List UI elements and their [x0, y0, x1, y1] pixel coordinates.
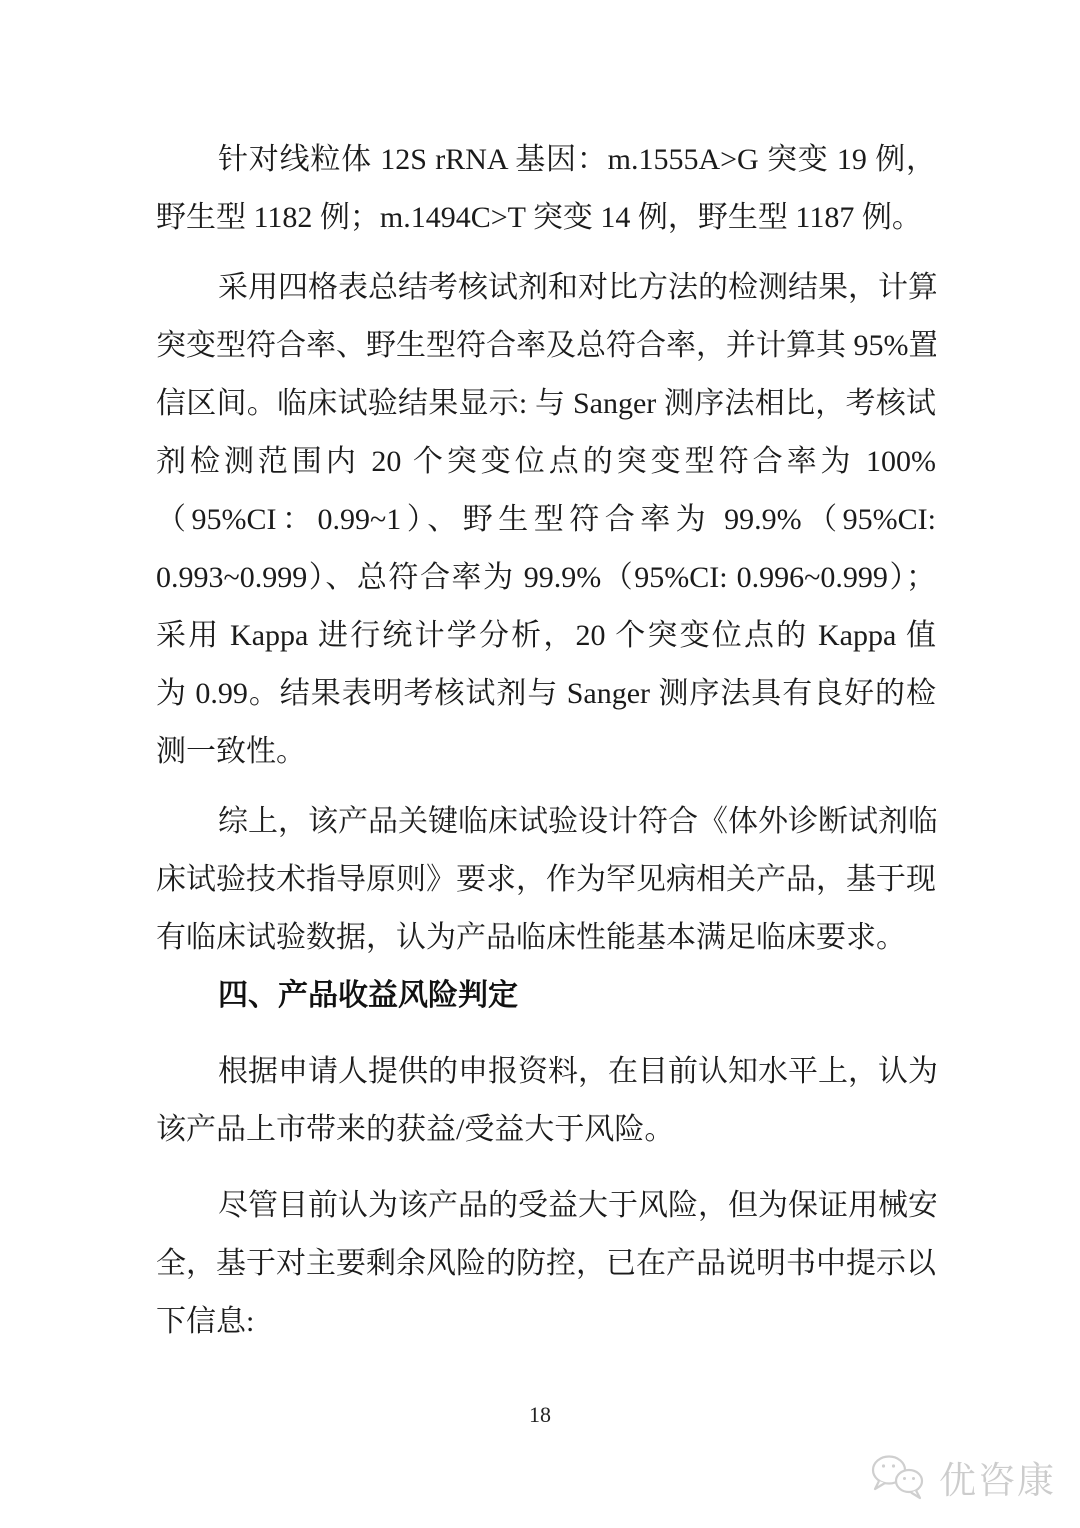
text-line: 下信息:: [156, 1293, 936, 1351]
page-number: 18: [0, 1402, 1080, 1428]
paragraph: 针对线粒体 12S rRNA 基因：m.1555A>G 突变 19 例， 野生型…: [156, 131, 936, 247]
wechat-icon: [869, 1451, 931, 1503]
text-line: （95%CI：0.99~1）、野生型符合率为 99.9%（95%CI:: [156, 491, 936, 549]
text-line: 尽管目前认为该产品的受益大于风险，但为保证用械安: [156, 1177, 936, 1235]
text-line: 野生型 1182 例；m.1494C>T 突变 14 例，野生型 1187 例。: [156, 189, 936, 247]
watermark: 优咨康: [869, 1450, 1056, 1504]
text-line: 根据申请人提供的申报资料，在目前认知水平上，认为: [156, 1043, 936, 1101]
text-line: 采用 Kappa 进行统计学分析，20 个突变位点的 Kappa 值: [156, 607, 936, 665]
text-line: 有临床试验数据，认为产品临床性能基本满足临床要求。: [156, 909, 936, 967]
paragraph: 综上，该产品关键临床试验设计符合《体外诊断试剂临 床试验技术指导原则》要求，作为…: [156, 793, 936, 967]
watermark-brand-label: 优咨康: [939, 1450, 1056, 1504]
text-line: 全，基于对主要剩余风险的防控，已在产品说明书中提示以: [156, 1235, 936, 1293]
document-page: 针对线粒体 12S rRNA 基因：m.1555A>G 突变 19 例， 野生型…: [0, 0, 1080, 1528]
paragraph: 尽管目前认为该产品的受益大于风险，但为保证用械安 全，基于对主要剩余风险的防控，…: [156, 1177, 936, 1351]
text-line: 采用四格表总结考核试剂和对比方法的检测结果，计算: [156, 259, 936, 317]
text-line: 测一致性。: [156, 723, 936, 781]
section-heading-text: 四、产品收益风险判定: [156, 967, 936, 1025]
paragraph: 采用四格表总结考核试剂和对比方法的检测结果，计算 突变型符合率、野生型符合率及总…: [156, 259, 936, 781]
text-line: 0.993~0.999）、总符合率为 99.9%（95%CI: 0.996~0.…: [156, 549, 936, 607]
section-heading: 四、产品收益风险判定: [156, 967, 936, 1025]
paragraph: 根据申请人提供的申报资料，在目前认知水平上，认为 该产品上市带来的获益/受益大于…: [156, 1043, 936, 1159]
text-line: 床试验技术指导原则》要求，作为罕见病相关产品，基于现: [156, 851, 936, 909]
text-line: 综上，该产品关键临床试验设计符合《体外诊断试剂临: [156, 793, 936, 851]
text-line: 该产品上市带来的获益/受益大于风险。: [156, 1101, 936, 1159]
document-body: 针对线粒体 12S rRNA 基因：m.1555A>G 突变 19 例， 野生型…: [156, 131, 936, 1351]
text-line: 剂检测范围内 20 个突变位点的突变型符合率为 100%: [156, 433, 936, 491]
text-line: 突变型符合率、野生型符合率及总符合率，并计算其 95%置: [156, 317, 936, 375]
text-line: 针对线粒体 12S rRNA 基因：m.1555A>G 突变 19 例，: [156, 131, 936, 189]
text-line: 为 0.99。结果表明考核试剂与 Sanger 测序法具有良好的检: [156, 665, 936, 723]
text-line: 信区间。临床试验结果显示: 与 Sanger 测序法相比，考核试: [156, 375, 936, 433]
